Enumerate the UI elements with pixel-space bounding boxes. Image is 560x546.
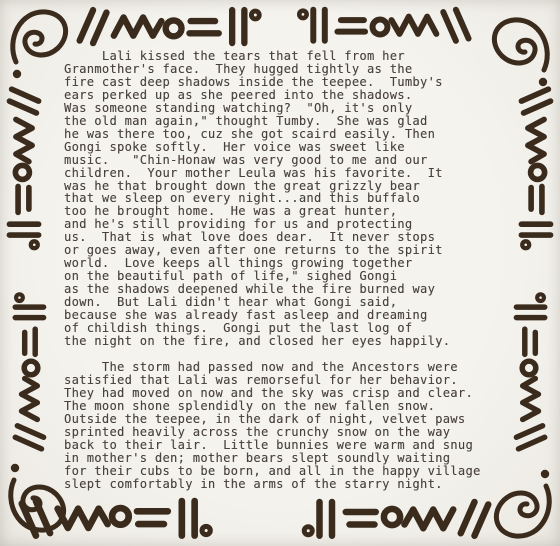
corner-leaf-bottom-left-icon	[11, 464, 64, 530]
pictograph-row-top-right	[299, 10, 468, 41]
story-text: Lali kissed the tears that fell from her…	[64, 50, 506, 490]
pictograph-row-top-left	[80, 10, 260, 43]
pictograph-column-left-bottom	[15, 294, 43, 449]
pictograph-row-bottom-left	[22, 501, 210, 536]
scanned-story-page: Lali kissed the tears that fell from her…	[0, 0, 560, 546]
pictograph-column-left-top	[9, 89, 38, 248]
pictograph-column-right-bottom	[516, 294, 544, 449]
pictograph-row-bottom-right	[304, 502, 488, 536]
corner-leaf-top-left-icon	[13, 12, 66, 78]
story-paragraph-1: Lali kissed the tears that fell from her…	[64, 50, 506, 348]
story-paragraph-2: The storm had passed now and the Ancesto…	[64, 361, 506, 491]
pictograph-column-right-top	[521, 89, 550, 248]
